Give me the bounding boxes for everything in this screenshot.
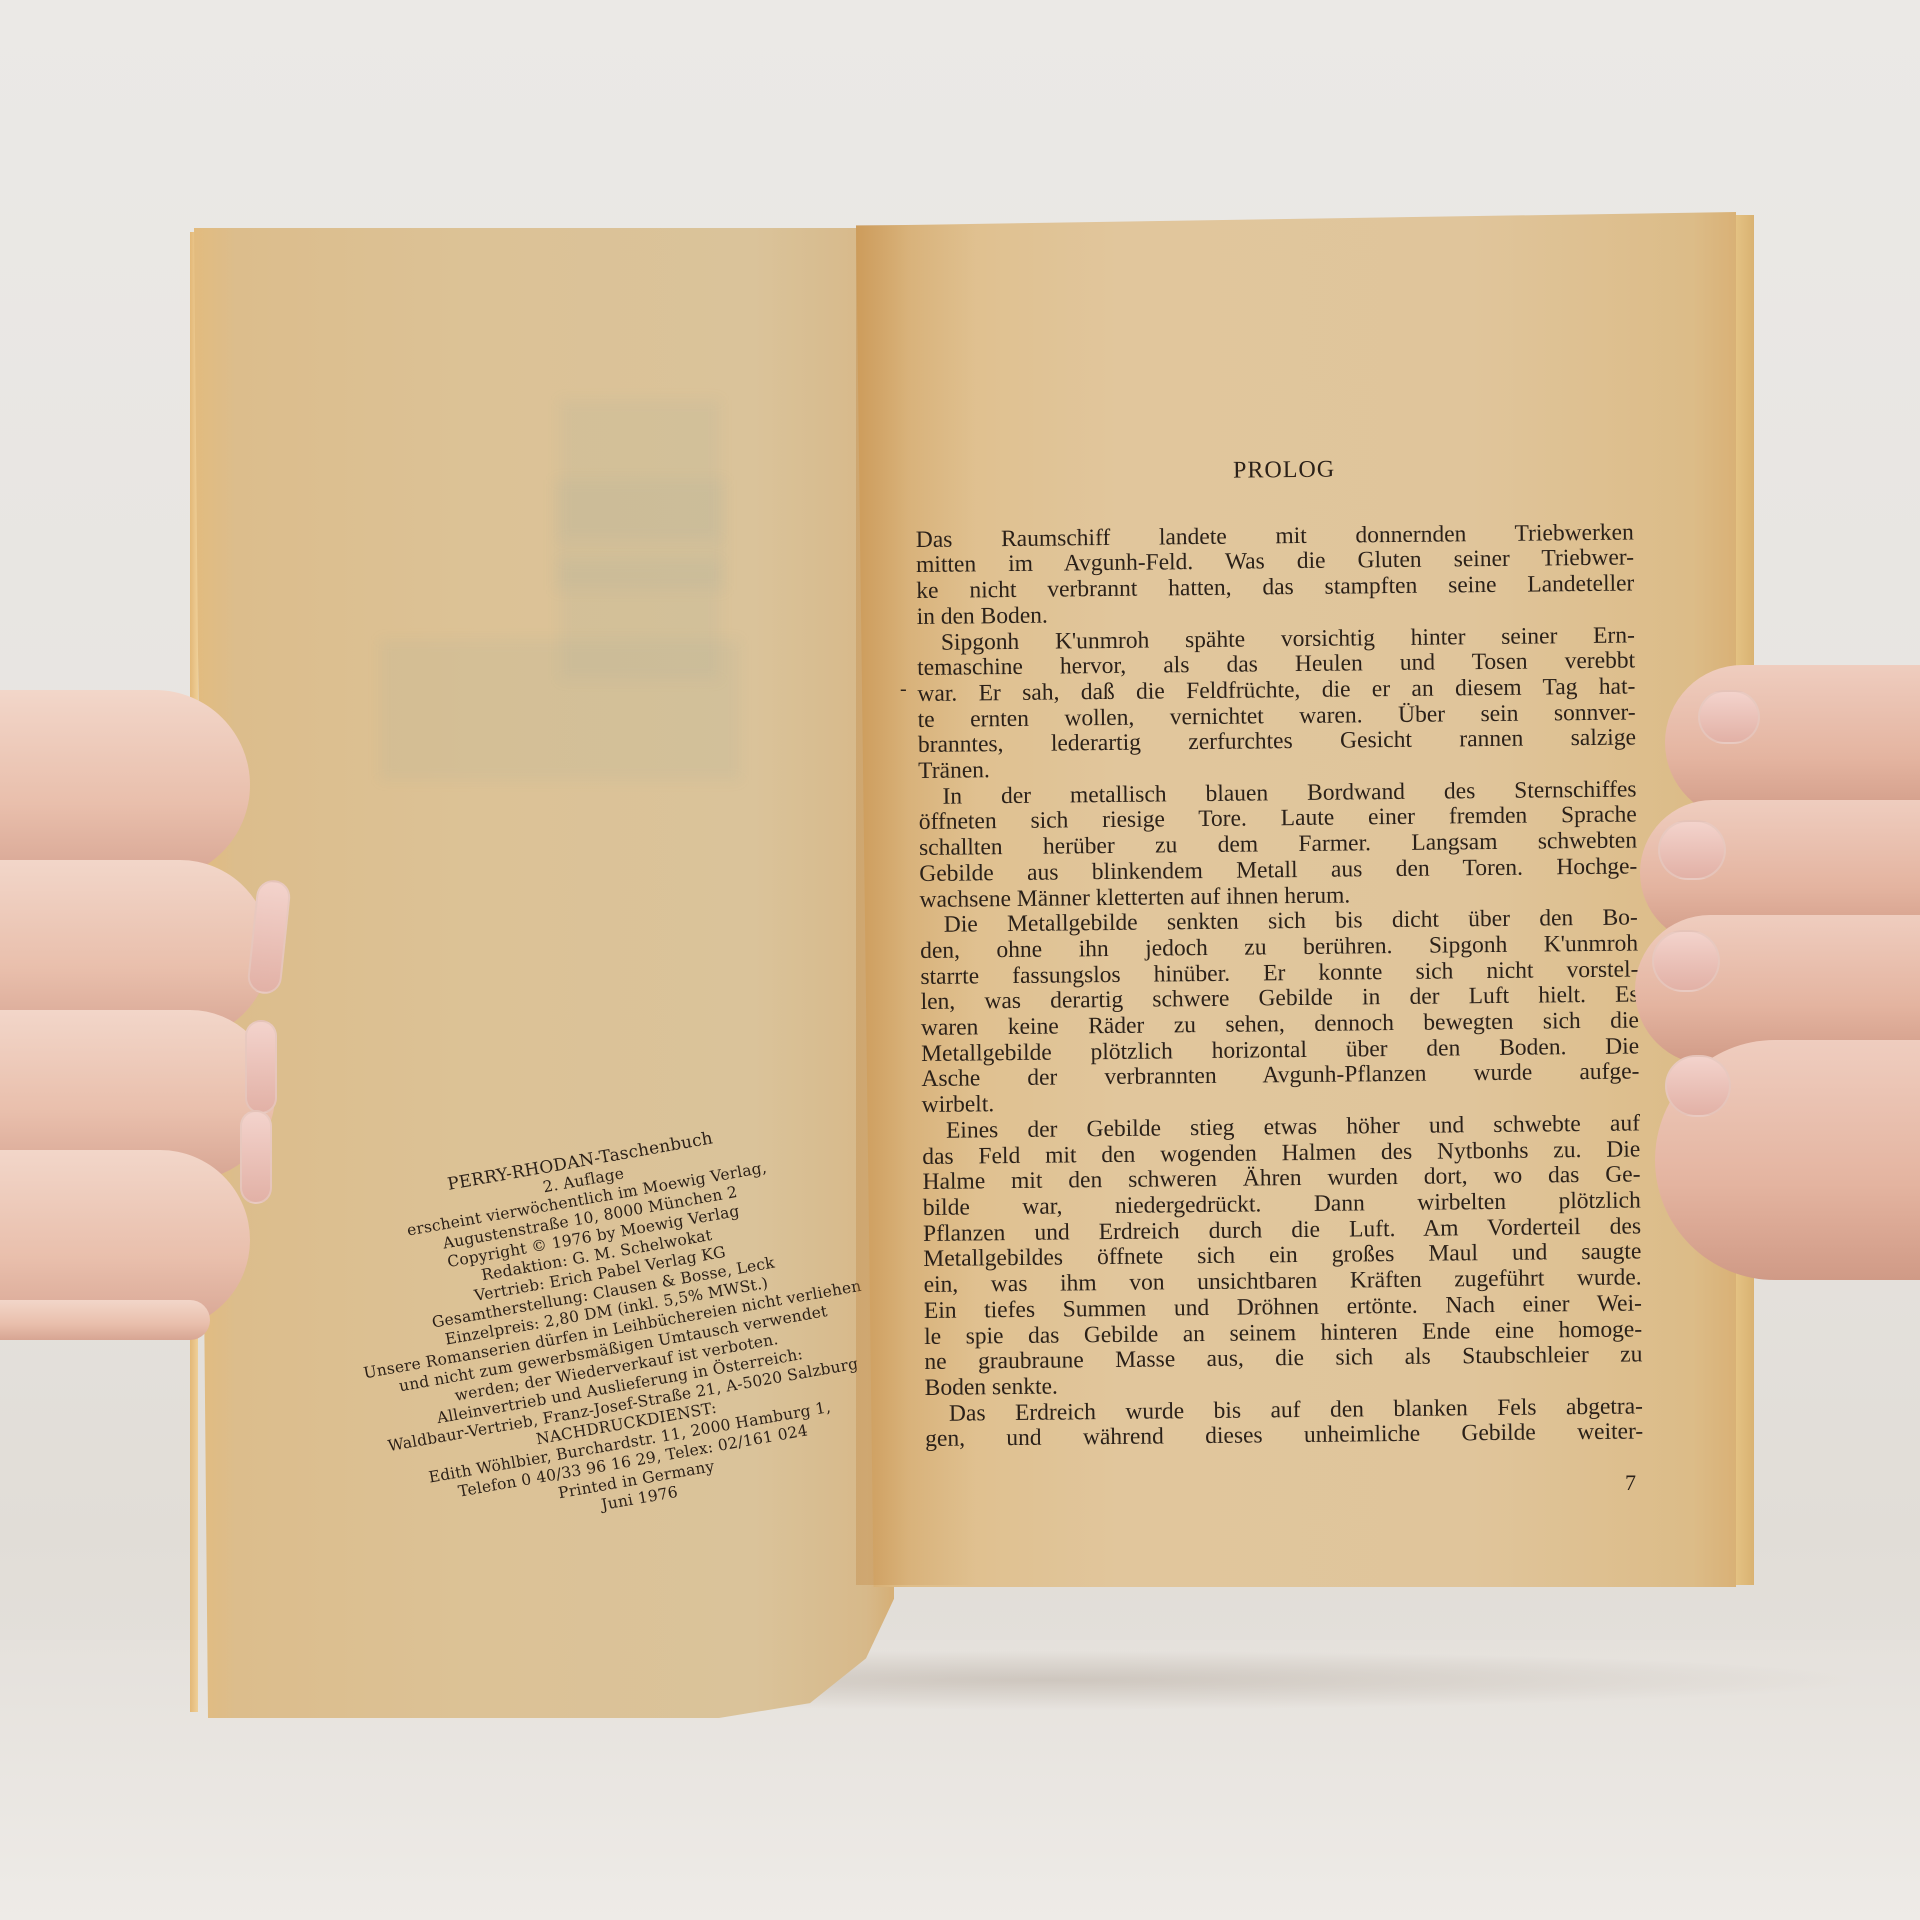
right-fingernail xyxy=(1652,930,1720,992)
paragraph: Sipgonh K'unmroh spähte vorsichtig hinte… xyxy=(917,623,1637,785)
left-index-finger xyxy=(0,690,250,880)
left-palm-edge xyxy=(0,1300,210,1340)
paragraph: Das Raumschiff landete mit donnernden Tr… xyxy=(916,520,1635,630)
right-index-finger xyxy=(1665,665,1920,820)
right-fingernail xyxy=(1665,1055,1731,1117)
right-fingernail xyxy=(1658,820,1726,880)
photo-scene: PERRY-RHODAN-Taschenbuch 2. Auflage ersc… xyxy=(0,0,1920,1920)
left-fingernail xyxy=(240,1110,272,1204)
show-through-ink xyxy=(380,640,740,780)
right-fingernail xyxy=(1698,690,1760,744)
paragraph: Die Metallgebilde senkten sich bis dicht… xyxy=(920,906,1640,1119)
margin-mark: - xyxy=(900,678,907,701)
paragraph: In der metallisch blauen Bordwand des St… xyxy=(918,777,1637,913)
paragraph: Das Erdreich wurde bis auf den blanken F… xyxy=(925,1394,1643,1453)
page-number: 7 xyxy=(1625,1470,1636,1496)
page-body: PROLOG Das Raumschiff landete mit donner… xyxy=(915,454,1643,1452)
left-fingernail xyxy=(245,1020,277,1114)
paragraph: Eines der Gebilde stieg etwas höher und … xyxy=(922,1111,1643,1401)
